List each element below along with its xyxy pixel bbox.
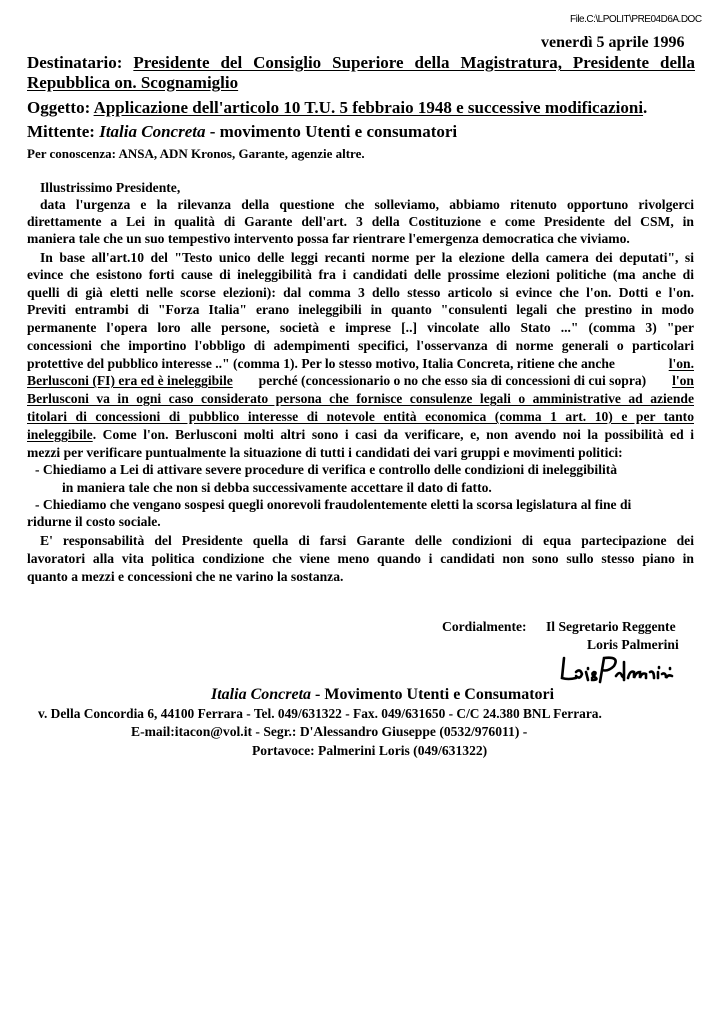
recipient-label: Destinatario: [27, 53, 122, 72]
footer-email-secretary: E-mail:itacon@vol.it - Segr.: D'Alessand… [131, 724, 527, 740]
body-line-13: titolari di concessioni di pubblico inte… [27, 409, 694, 425]
closing-line-2: lavoratori alla vita politica condizione… [27, 551, 694, 567]
subject-value: Applicazione dell'articolo 10 T.U. 5 feb… [94, 98, 643, 117]
subject-line: Oggetto: Applicazione dell'articolo 10 T… [27, 98, 647, 118]
signer-name: Loris Palmerini [587, 637, 679, 653]
body-line-14: ineleggibile . Come l'on. Berlusconi mol… [27, 427, 694, 443]
recipient-block: Destinatario: Presidente del Consiglio S… [27, 53, 695, 73]
signature-scribble-icon [560, 654, 675, 686]
body-line-2: direttamente a Lei in qualità di Garante… [27, 214, 694, 230]
body-line-6: quelli di già eletti nelle scorse elezio… [27, 285, 694, 301]
body-line-7: Previti entrambi di "Forza Italia" erano… [27, 302, 694, 318]
file-reference: File.C:\LPOLIT\PRE04D6A.DOC [570, 14, 702, 25]
recipient-line-1: Presidente del Consiglio Superiore della… [133, 53, 695, 72]
salutation: Illustrissimo Presidente, [40, 180, 180, 196]
body-line-11: Berlusconi (FI) era ed è ineleggibile pe… [27, 373, 694, 389]
subject-label: Oggetto: [27, 98, 90, 117]
footer-address: v. Della Concordia 6, 44100 Ferrara - Te… [38, 706, 602, 722]
request-2-line-1: - Chiediamo che vengano sospesi quegli o… [35, 497, 631, 513]
signer-role: Il Segretario Reggente [546, 619, 676, 635]
sender-label: Mittente: [27, 122, 95, 141]
sender-description: - movimento Utenti e consumatori [205, 122, 457, 141]
body-line-9: concessioni che importino l'obbligo di a… [27, 338, 694, 354]
body-line-10: protettive del pubblico interesse .." (c… [27, 356, 694, 372]
body-line-15: mezzi per verificare puntualmente la sit… [27, 445, 623, 461]
footer-org-description: - Movimento Utenti e Consumatori [311, 686, 554, 703]
body-line-12: Berlusconi va in ogni caso considerato p… [27, 391, 694, 407]
body-line-4: In base all'art.10 del "Testo unico dell… [40, 250, 694, 266]
letter-date: venerdì 5 aprile 1996 [541, 34, 685, 52]
body-line-1: data l'urgenza e la rilevanza della ques… [40, 197, 694, 213]
underlined-berlusconi-ineligible: Berlusconi (FI) era ed è ineleggibile [27, 373, 233, 389]
underlined-on: l'on. [669, 356, 694, 372]
cc-line: Per conoscenza: ANSA, ADN Kronos, Garant… [27, 146, 365, 162]
request-1-line-1: - Chiediamo a Lei di attivare severe pro… [35, 462, 617, 478]
closing-greeting: Cordialmente: [442, 619, 527, 635]
sender-line: Mittente: Italia Concreta - movimento Ut… [27, 122, 457, 142]
footer-org-name: Italia Concreta [211, 686, 311, 703]
sender-org: Italia Concreta [99, 122, 205, 141]
recipient-line-2: Repubblica on. Scognamiglio [27, 73, 238, 93]
body-line-5: evince che esistono forti cause di inele… [27, 267, 694, 283]
request-1-line-2: in maniera tale che non si debba success… [62, 480, 492, 496]
body-line-8: permanente l'opera loro alle persone, so… [27, 320, 694, 336]
footer-spokesperson: Portavoce: Palmerini Loris (049/631322) [252, 743, 487, 759]
closing-line-1: E' responsabilità del Presidente quella … [40, 533, 694, 549]
footer-org-line: Italia Concreta - Movimento Utenti e Con… [211, 686, 554, 704]
body-line-3: maniera tale che un suo tempestivo inter… [27, 231, 630, 247]
handwritten-signature [560, 654, 675, 686]
request-2-line-2: ridurne il costo sociale. [27, 514, 161, 530]
closing-line-3: quanto a mezzi e concessioni che ne vari… [27, 569, 343, 585]
